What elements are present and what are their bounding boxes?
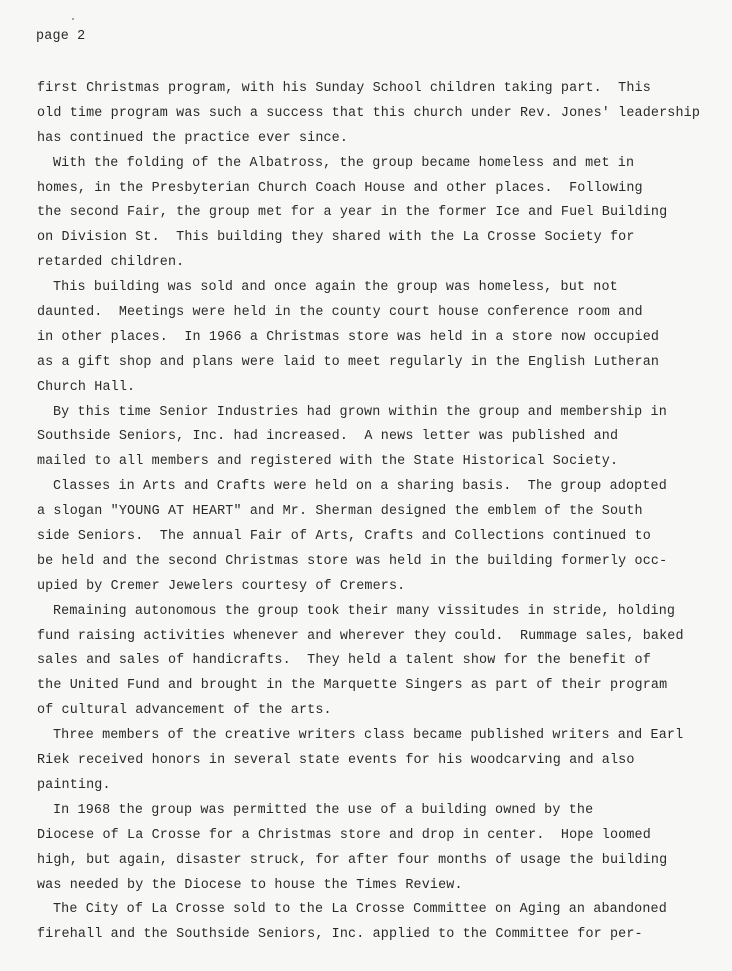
- text-line: in other places. In 1966 a Christmas sto…: [37, 326, 727, 351]
- paragraph-start-line: By this time Senior Industries had grown…: [37, 401, 727, 426]
- text-line: Church Hall.: [37, 376, 727, 401]
- text-line: on Division St. This building they share…: [37, 226, 727, 251]
- text-line: the second Fair, the group met for a yea…: [37, 201, 727, 226]
- text-line: first Christmas program, with his Sunday…: [37, 77, 727, 102]
- text-line: fund raising activities whenever and whe…: [37, 625, 727, 650]
- document-body: first Christmas program, with his Sunday…: [37, 77, 727, 948]
- text-line: a slogan "YOUNG AT HEART" and Mr. Sherma…: [37, 500, 727, 525]
- paragraph-start-line: The City of La Crosse sold to the La Cro…: [37, 898, 727, 923]
- text-line: old time program was such a success that…: [37, 102, 727, 127]
- paragraph-start-line: This building was sold and once again th…: [37, 276, 727, 301]
- text-line: of cultural advancement of the arts.: [37, 699, 727, 724]
- text-line: Riek received honors in several state ev…: [37, 749, 727, 774]
- text-line: painting.: [37, 774, 727, 799]
- text-line: retarded children.: [37, 251, 727, 276]
- text-line: homes, in the Presbyterian Church Coach …: [37, 177, 727, 202]
- page-number: page 2: [36, 29, 85, 44]
- text-line: daunted. Meetings were held in the count…: [37, 301, 727, 326]
- paragraph-start-line: Classes in Arts and Crafts were held on …: [37, 475, 727, 500]
- text-line: sales and sales of handicrafts. They hel…: [37, 649, 727, 674]
- text-line: as a gift shop and plans were laid to me…: [37, 351, 727, 376]
- text-line: side Seniors. The annual Fair of Arts, C…: [37, 525, 727, 550]
- paragraph-start-line: Remaining autonomous the group took thei…: [37, 600, 727, 625]
- text-line: be held and the second Christmas store w…: [37, 550, 727, 575]
- paragraph-start-line: With the folding of the Albatross, the g…: [37, 152, 727, 177]
- text-line: mailed to all members and registered wit…: [37, 450, 727, 475]
- paragraph-start-line: In 1968 the group was permitted the use …: [37, 799, 727, 824]
- text-line: was needed by the Diocese to house the T…: [37, 874, 727, 899]
- text-line: upied by Cremer Jewelers courtesy of Cre…: [37, 575, 727, 600]
- scan-speck: [72, 18, 74, 20]
- text-line: the United Fund and brought in the Marqu…: [37, 674, 727, 699]
- text-line: Diocese of La Crosse for a Christmas sto…: [37, 824, 727, 849]
- text-line: high, but again, disaster struck, for af…: [37, 849, 727, 874]
- text-line: has continued the practice ever since.: [37, 127, 727, 152]
- text-line: Southside Seniors, Inc. had increased. A…: [37, 425, 727, 450]
- text-line: firehall and the Southside Seniors, Inc.…: [37, 923, 727, 948]
- paragraph-start-line: Three members of the creative writers cl…: [37, 724, 727, 749]
